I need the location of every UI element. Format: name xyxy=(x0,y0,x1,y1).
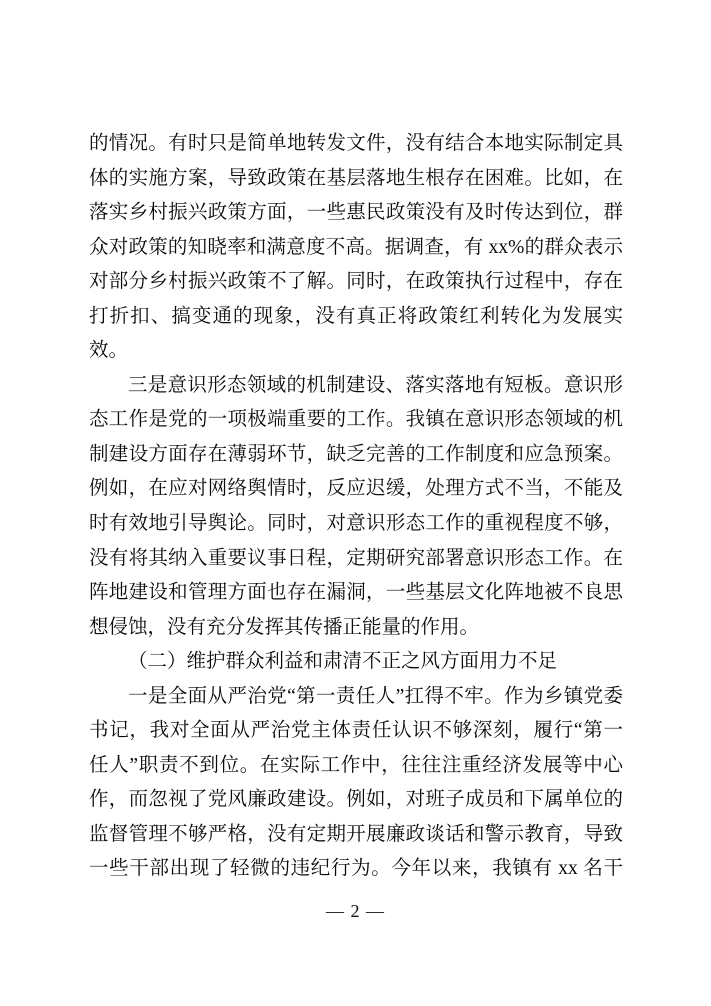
text-line: 对部分乡村振兴政策不了解。同时，在政策执行过程中，存在 xyxy=(89,265,623,300)
text-line: 时有效地引导舆论。同时，对意识形态工作的重视程度不够， xyxy=(89,507,623,542)
text-line: 一些干部出现了轻微的违纪行为。今年以来，我镇有 xx 名干部 xyxy=(89,852,623,887)
text-line: 态工作是党的一项极端重要的工作。我镇在意识形态领域的机 xyxy=(89,403,623,438)
text-line: 体的实施方案，导致政策在基层落地生根存在困难。比如，在 xyxy=(89,162,623,197)
section-heading: （二）维护群众利益和肃清不正之风方面用力不足 xyxy=(89,645,623,680)
text-line: 落实乡村振兴政策方面，一些惠民政策没有及时传达到位，群 xyxy=(89,196,623,231)
text-line: 打折扣、搞变通的现象，没有真正将政策红利转化为发展实 xyxy=(89,300,623,335)
text-line: 书记，我对全面从严治党主体责任认识不够深刻，履行“第一责 xyxy=(89,714,623,749)
document-page: 的情况。有时只是简单地转发文件，没有结合本地实际制定具 体的实施方案，导致政策在… xyxy=(0,0,711,1006)
text-line: 阵地建设和管理方面也存在漏洞，一些基层文化阵地被不良思 xyxy=(89,576,623,611)
text-line: 众对政策的知晓率和满意度不高。据调查，有 xx%的群众表示 xyxy=(89,231,623,266)
text-line: 作，而忽视了党风廉政建设。例如，对班子成员和下属单位的 xyxy=(89,783,623,818)
text-line: 任人”职责不到位。在实际工作中，往往注重经济发展等中心工 xyxy=(89,749,623,784)
text-line: 监督管理不够严格，没有定期开展廉政谈话和警示教育，导致 xyxy=(89,818,623,853)
text-line-paragraph-start: 一是全面从严治党“第一责任人”扛得不牢。作为乡镇党委 xyxy=(89,680,623,715)
document-body: 的情况。有时只是简单地转发文件，没有结合本地实际制定具 体的实施方案，导致政策在… xyxy=(89,127,623,887)
text-line: 制建设方面存在薄弱环节，缺乏完善的工作制度和应急预案。 xyxy=(89,438,623,473)
text-line: 例如，在应对网络舆情时，反应迟缓，处理方式不当，不能及 xyxy=(89,472,623,507)
text-line: 没有将其纳入重要议事日程，定期研究部署意识形态工作。在 xyxy=(89,542,623,577)
text-line: 想侵蚀，没有充分发挥其传播正能量的作用。 xyxy=(89,611,623,646)
text-line: 效。 xyxy=(89,334,623,369)
page-number: — 2 — xyxy=(0,899,711,923)
text-line-paragraph-start: 三是意识形态领域的机制建设、落实落地有短板。意识形 xyxy=(89,369,623,404)
text-line: 的情况。有时只是简单地转发文件，没有结合本地实际制定具 xyxy=(89,127,623,162)
